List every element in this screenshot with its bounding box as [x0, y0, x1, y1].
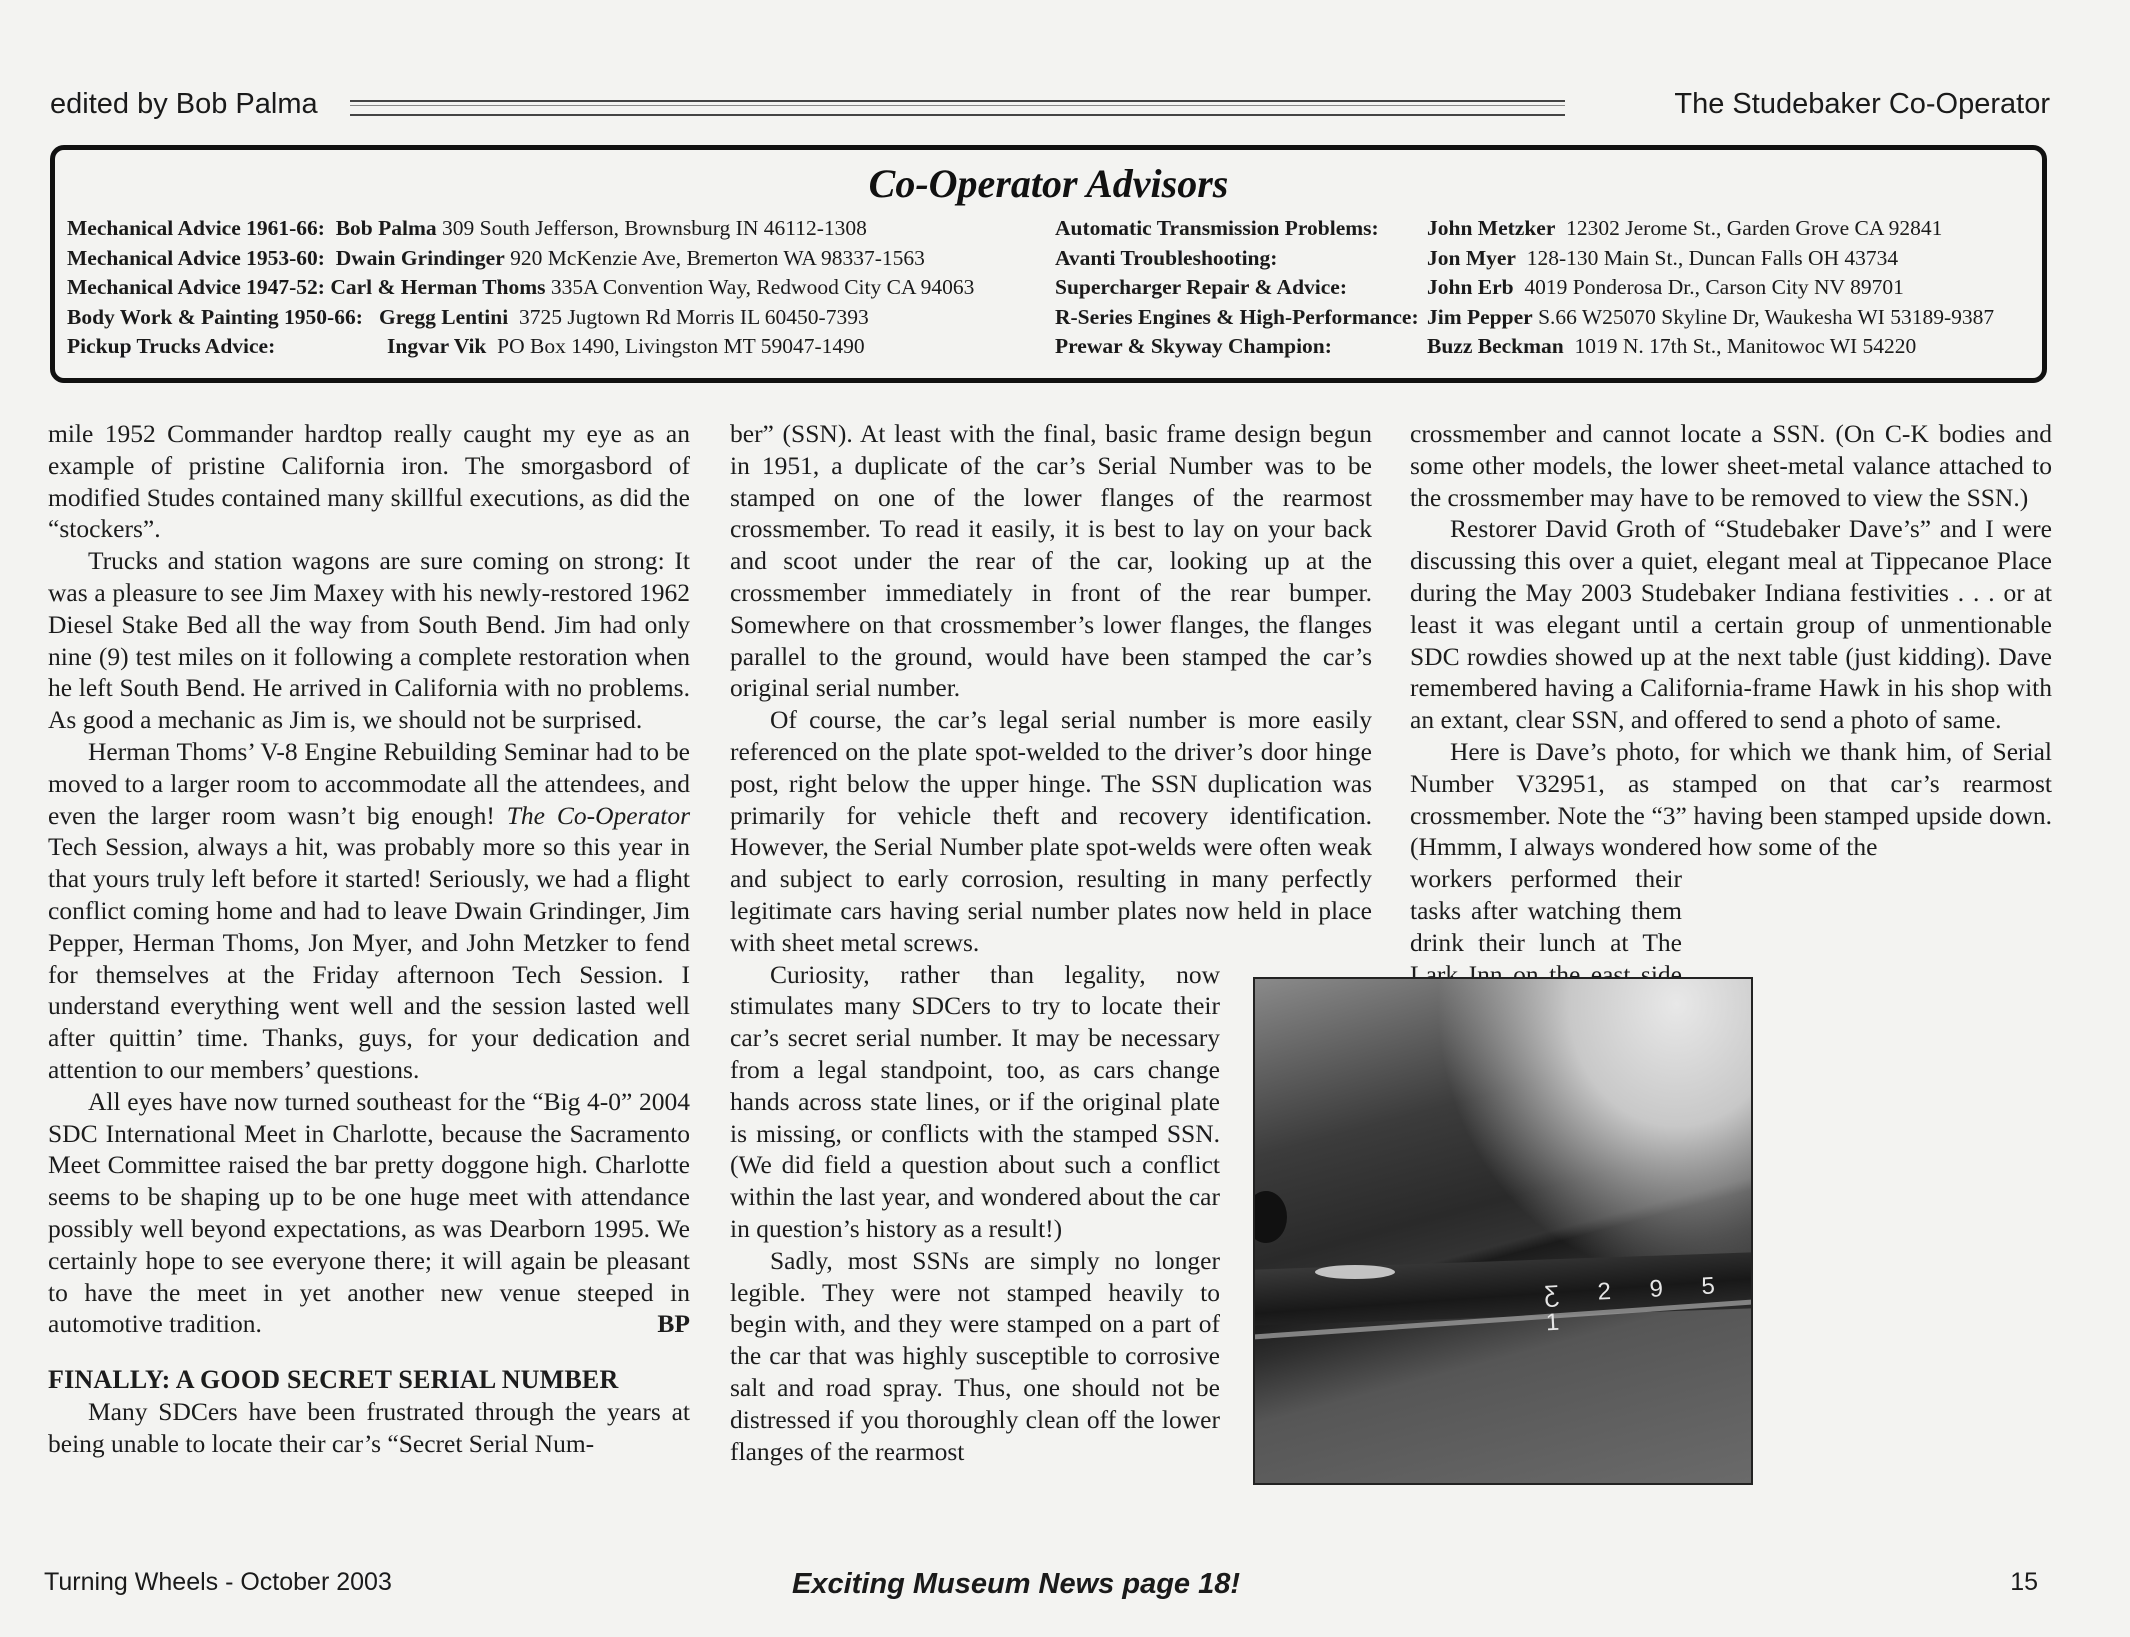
advisor-name: Gregg Lentini	[379, 303, 508, 333]
advisor-address: 4019 Ponderosa Dr., Carson City NV 89701	[1524, 273, 1903, 303]
advisor-name: Carl & Herman Thoms	[330, 273, 545, 303]
advisor-entry: Prewar & Skyway Champion:Buzz Beckman 10…	[1055, 332, 1994, 362]
advisors-box: Co-Operator Advisors Mechanical Advice 1…	[50, 145, 2047, 383]
paragraph: Here is Dave’s photo, for which we thank…	[1410, 736, 2052, 863]
advisor-name: Bob Palma	[336, 214, 437, 244]
advisor-address: 12302 Jerome St., Garden Grove CA 92841	[1566, 214, 1942, 244]
advisor-entry: Mechanical Advice 1961-66: Bob Palma 309…	[67, 214, 974, 244]
author-signature: BP	[617, 1308, 690, 1340]
paragraph: Many SDCers have been frustrated through…	[48, 1396, 690, 1460]
paragraph-text: Tech Session, always a hit, was probably…	[48, 832, 690, 1084]
advisor-role: Pickup Trucks Advice:	[67, 332, 387, 362]
article-column-1: mile 1952 Commander hardtop really caugh…	[48, 418, 690, 1460]
advisors-list-right: Automatic Transmission Problems:John Met…	[1055, 214, 1994, 362]
advisor-entry: Pickup Trucks Advice:Ingvar Vik PO Box 1…	[67, 332, 974, 362]
advisors-list-left: Mechanical Advice 1961-66: Bob Palma 309…	[67, 214, 974, 362]
advisor-name: John Metzker	[1427, 214, 1555, 244]
stamped-serial: Ƹ 2 9 5 1	[1544, 1271, 1753, 1338]
advisor-entry: Mechanical Advice 1947-52: Carl & Herman…	[67, 273, 974, 303]
paragraph: Of course, the car’s legal serial number…	[730, 704, 1372, 958]
advisor-name: Buzz Beckman	[1427, 332, 1564, 362]
advisor-address: 309 South Jefferson, Brownsburg IN 46112…	[442, 214, 867, 244]
paragraph: ber” (SSN). At least with the final, bas…	[730, 418, 1372, 704]
advisor-address: 3725 Jugtown Rd Morris IL 60450-7393	[519, 303, 869, 333]
advisor-role: Automatic Transmission Problems:	[1055, 214, 1427, 244]
advisor-entry: Body Work & Painting 1950-66: Gregg Lent…	[67, 303, 974, 333]
advisor-address: 1019 N. 17th St., Manitowoc WI 54220	[1575, 332, 1917, 362]
paragraph: All eyes have now turned southeast for t…	[48, 1086, 690, 1340]
advisor-address: S.66 W25070 Skyline Dr, Waukesha WI 5318…	[1538, 303, 1994, 333]
advisor-address: 920 McKenzie Ave, Bremerton WA 98337-156…	[510, 244, 925, 274]
paragraph: Trucks and station wagons are sure comin…	[48, 545, 690, 736]
editor-credit: edited by Bob Palma	[50, 88, 318, 121]
advisor-role: Mechanical Advice 1947-52:	[67, 273, 325, 303]
paragraph-text: All eyes have now turned southeast for t…	[48, 1087, 690, 1339]
advisor-entry: Avanti Troubleshooting:Jon Myer 128-130 …	[1055, 244, 1994, 274]
advisor-entry: Mechanical Advice 1953-60: Dwain Grindin…	[67, 244, 974, 274]
publication-name: The Co-Operator	[507, 801, 690, 830]
advisor-role: Avanti Troubleshooting:	[1055, 244, 1427, 274]
advisor-name: John Erb	[1427, 273, 1514, 303]
advisor-role: R-Series Engines & High-Performance:	[1055, 303, 1427, 333]
paragraph: Restorer David Groth of “Studebaker Dave…	[1410, 513, 2052, 736]
advisor-entry: Automatic Transmission Problems:John Met…	[1055, 214, 1994, 244]
paragraph: Curiosity, rather than legality, now sti…	[730, 959, 1220, 1245]
paragraph: Herman Thoms’ V-8 Engine Rebuilding Semi…	[48, 736, 690, 1086]
advisor-address: PO Box 1490, Livingston MT 59047-1490	[497, 332, 865, 362]
metal-glare	[1315, 1265, 1395, 1279]
museum-news-promo: Exciting Museum News page 18!	[792, 1568, 1240, 1601]
advisors-title: Co-Operator Advisors	[55, 160, 2042, 207]
column-title: The Studebaker Co-Operator	[1674, 88, 2050, 121]
advisor-role: Mechanical Advice 1953-60:	[67, 244, 325, 274]
header-double-rule	[350, 100, 1565, 116]
section-heading: FINALLY: A GOOD SECRET SERIAL NUMBER	[48, 1364, 690, 1396]
advisor-role: Supercharger Repair & Advice:	[1055, 273, 1427, 303]
advisor-name: Jim Pepper	[1427, 303, 1533, 333]
advisor-entry: Supercharger Repair & Advice:John Erb 40…	[1055, 273, 1994, 303]
frame-hole	[1253, 1191, 1287, 1243]
advisor-entry: R-Series Engines & High-Performance:Jim …	[1055, 303, 1994, 333]
paragraph: mile 1952 Commander hardtop really caugh…	[48, 418, 690, 545]
paragraph: crossmember and cannot locate a SSN. (On…	[1410, 418, 2052, 513]
advisor-role: Body Work & Painting 1950-66:	[67, 303, 363, 333]
publication-issue: Turning Wheels - October 2003	[44, 1568, 392, 1597]
advisor-address: 335A Convention Way, Redwood City CA 940…	[551, 273, 975, 303]
advisor-role: Mechanical Advice 1961-66:	[67, 214, 325, 244]
advisor-address: 128-130 Main St., Duncan Falls OH 43734	[1527, 244, 1898, 274]
advisor-name: Jon Myer	[1427, 244, 1516, 274]
advisor-name: Ingvar Vik	[387, 332, 486, 362]
advisor-role: Prewar & Skyway Champion:	[1055, 332, 1427, 362]
serial-number-photo: Ƹ 2 9 5 1	[1253, 977, 1753, 1485]
paragraph: Sadly, most SSNs are simply no longer le…	[730, 1245, 1220, 1468]
advisor-name: Dwain Grindinger	[336, 244, 505, 274]
page-number: 15	[2010, 1568, 2038, 1597]
